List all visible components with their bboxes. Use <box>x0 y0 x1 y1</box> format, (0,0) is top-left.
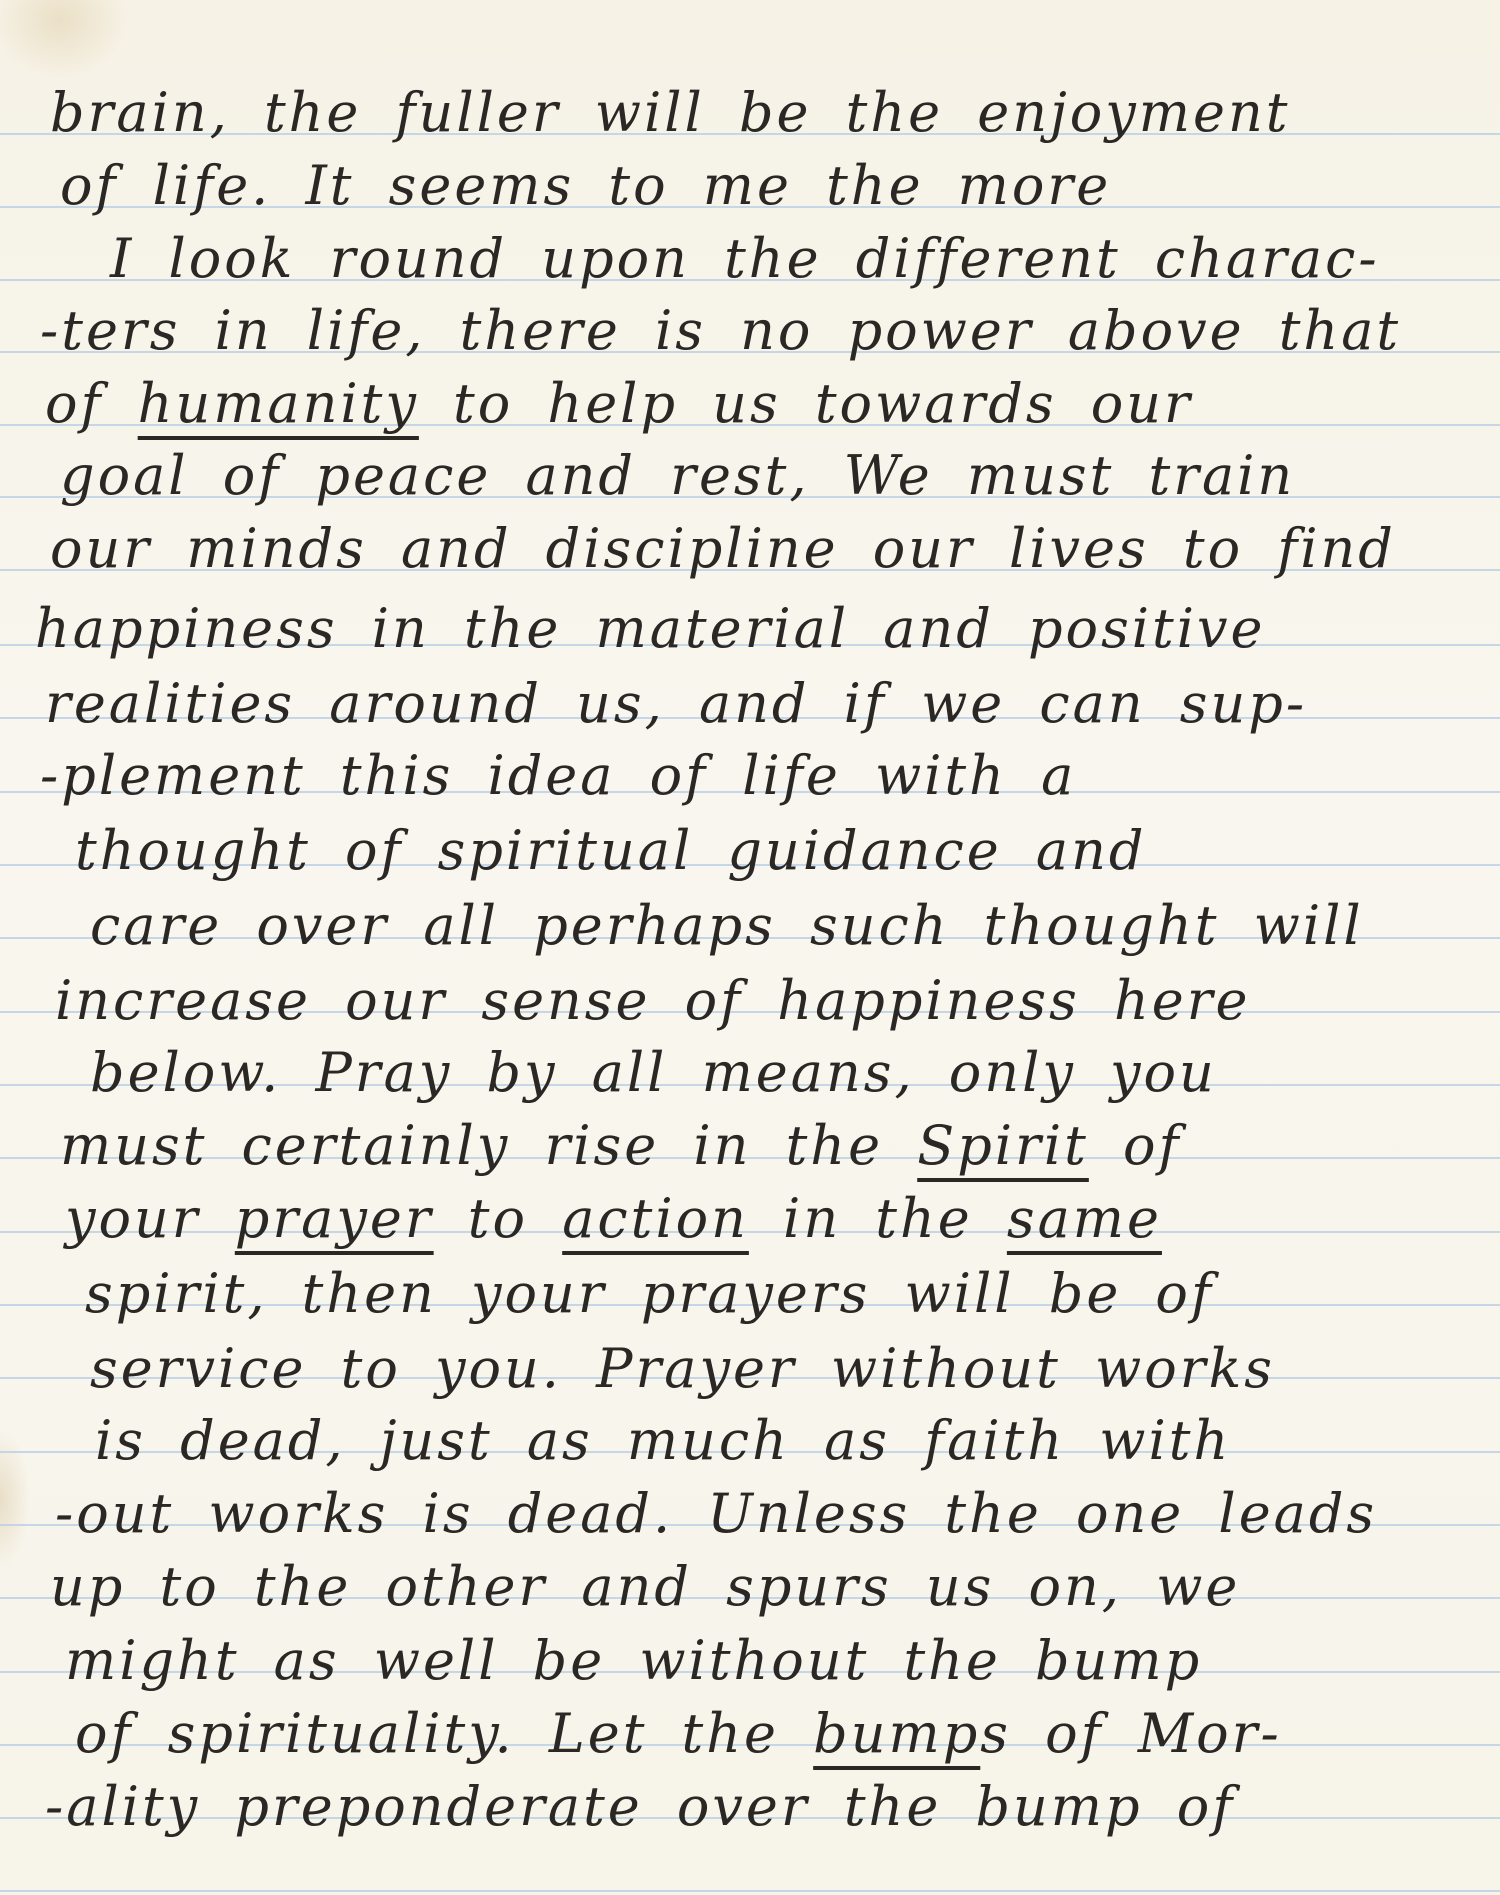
text-line: brain, the fuller will be the enjoyment <box>50 76 1290 150</box>
text-line: of life. It seems to me the more <box>60 149 1111 223</box>
line-text: -ality preponderate over the bump of <box>45 1775 1235 1838</box>
ruled-line <box>0 1890 1500 1892</box>
text-line: -ality preponderate over the bump of <box>45 1770 1235 1844</box>
line-text: service to you. Prayer without works <box>90 1337 1275 1400</box>
text-line: up to the other and spurs us on, we <box>50 1550 1240 1624</box>
line-text: care over all perhaps such thought will <box>90 894 1364 957</box>
line-text: realities around us, and if we can sup- <box>45 672 1307 735</box>
line-text: goal of peace and rest, We must train <box>60 444 1295 507</box>
line-text: spirit, then your prayers will be of <box>85 1262 1214 1325</box>
line-text: of life. It seems to me the more <box>60 154 1111 217</box>
line-text: your prayer to action in the same <box>65 1187 1162 1250</box>
text-line: of spirituality. Let the bumps of Mor- <box>75 1697 1282 1771</box>
text-line: increase our sense of happiness here <box>55 964 1251 1038</box>
text-line: happiness in the material and positive <box>35 592 1266 666</box>
text-line: -out works is dead. Unless the one leads <box>55 1477 1377 1551</box>
line-text: I look round upon the different charac- <box>110 227 1380 290</box>
text-line: of humanity to help us towards our <box>45 367 1193 441</box>
text-line: is dead, just as much as faith with <box>95 1404 1231 1478</box>
underlined-word: humanity <box>138 372 419 435</box>
line-text: our minds and discipline our lives to fi… <box>50 517 1396 580</box>
underlined-word: action <box>562 1187 749 1250</box>
text-line: care over all perhaps such thought will <box>90 889 1364 963</box>
line-text: brain, the fuller will be the enjoyment <box>50 81 1290 144</box>
text-line: your prayer to action in the same <box>65 1182 1162 1256</box>
text-line: I look round upon the different charac- <box>110 222 1380 296</box>
text-line: -ters in life, there is no power above t… <box>40 294 1401 368</box>
text-line: spirit, then your prayers will be of <box>85 1257 1214 1331</box>
underlined-word: Spirit <box>917 1114 1089 1177</box>
underlined-word: prayer <box>235 1187 434 1250</box>
text-line: below. Pray by all means, only you <box>90 1036 1217 1110</box>
line-text: is dead, just as much as faith with <box>95 1409 1231 1472</box>
line-text: must certainly rise in the Spirit of <box>60 1114 1182 1177</box>
line-text: -plement this idea of life with a <box>40 744 1076 807</box>
text-line: realities around us, and if we can sup- <box>45 667 1307 741</box>
text-line: -plement this idea of life with a <box>40 739 1076 813</box>
text-line: goal of peace and rest, We must train <box>60 439 1295 513</box>
line-text: of spirituality. Let the bumps of Mor- <box>75 1702 1282 1765</box>
text-line: might as well be without the bump <box>65 1624 1202 1698</box>
line-text: increase our sense of happiness here <box>55 969 1251 1032</box>
text-line: must certainly rise in the Spirit of <box>60 1109 1182 1183</box>
underlined-word: same <box>1007 1187 1162 1250</box>
manuscript-page: brain, the fuller will be the enjoyment … <box>0 0 1500 1895</box>
line-text: thought of spiritual guidance and <box>75 819 1146 882</box>
line-text: might as well be without the bump <box>65 1629 1202 1692</box>
line-text: of humanity to help us towards our <box>45 372 1193 435</box>
line-text: happiness in the material and positive <box>35 597 1266 660</box>
text-line: service to you. Prayer without works <box>90 1332 1275 1406</box>
text-line: our minds and discipline our lives to fi… <box>50 512 1396 586</box>
line-text: -out works is dead. Unless the one leads <box>55 1482 1377 1545</box>
line-text: below. Pray by all means, only you <box>90 1041 1217 1104</box>
line-text: -ters in life, there is no power above t… <box>40 299 1401 362</box>
line-text: up to the other and spurs us on, we <box>50 1555 1240 1618</box>
underlined-word: bump <box>813 1702 980 1765</box>
text-line: thought of spiritual guidance and <box>75 814 1146 888</box>
